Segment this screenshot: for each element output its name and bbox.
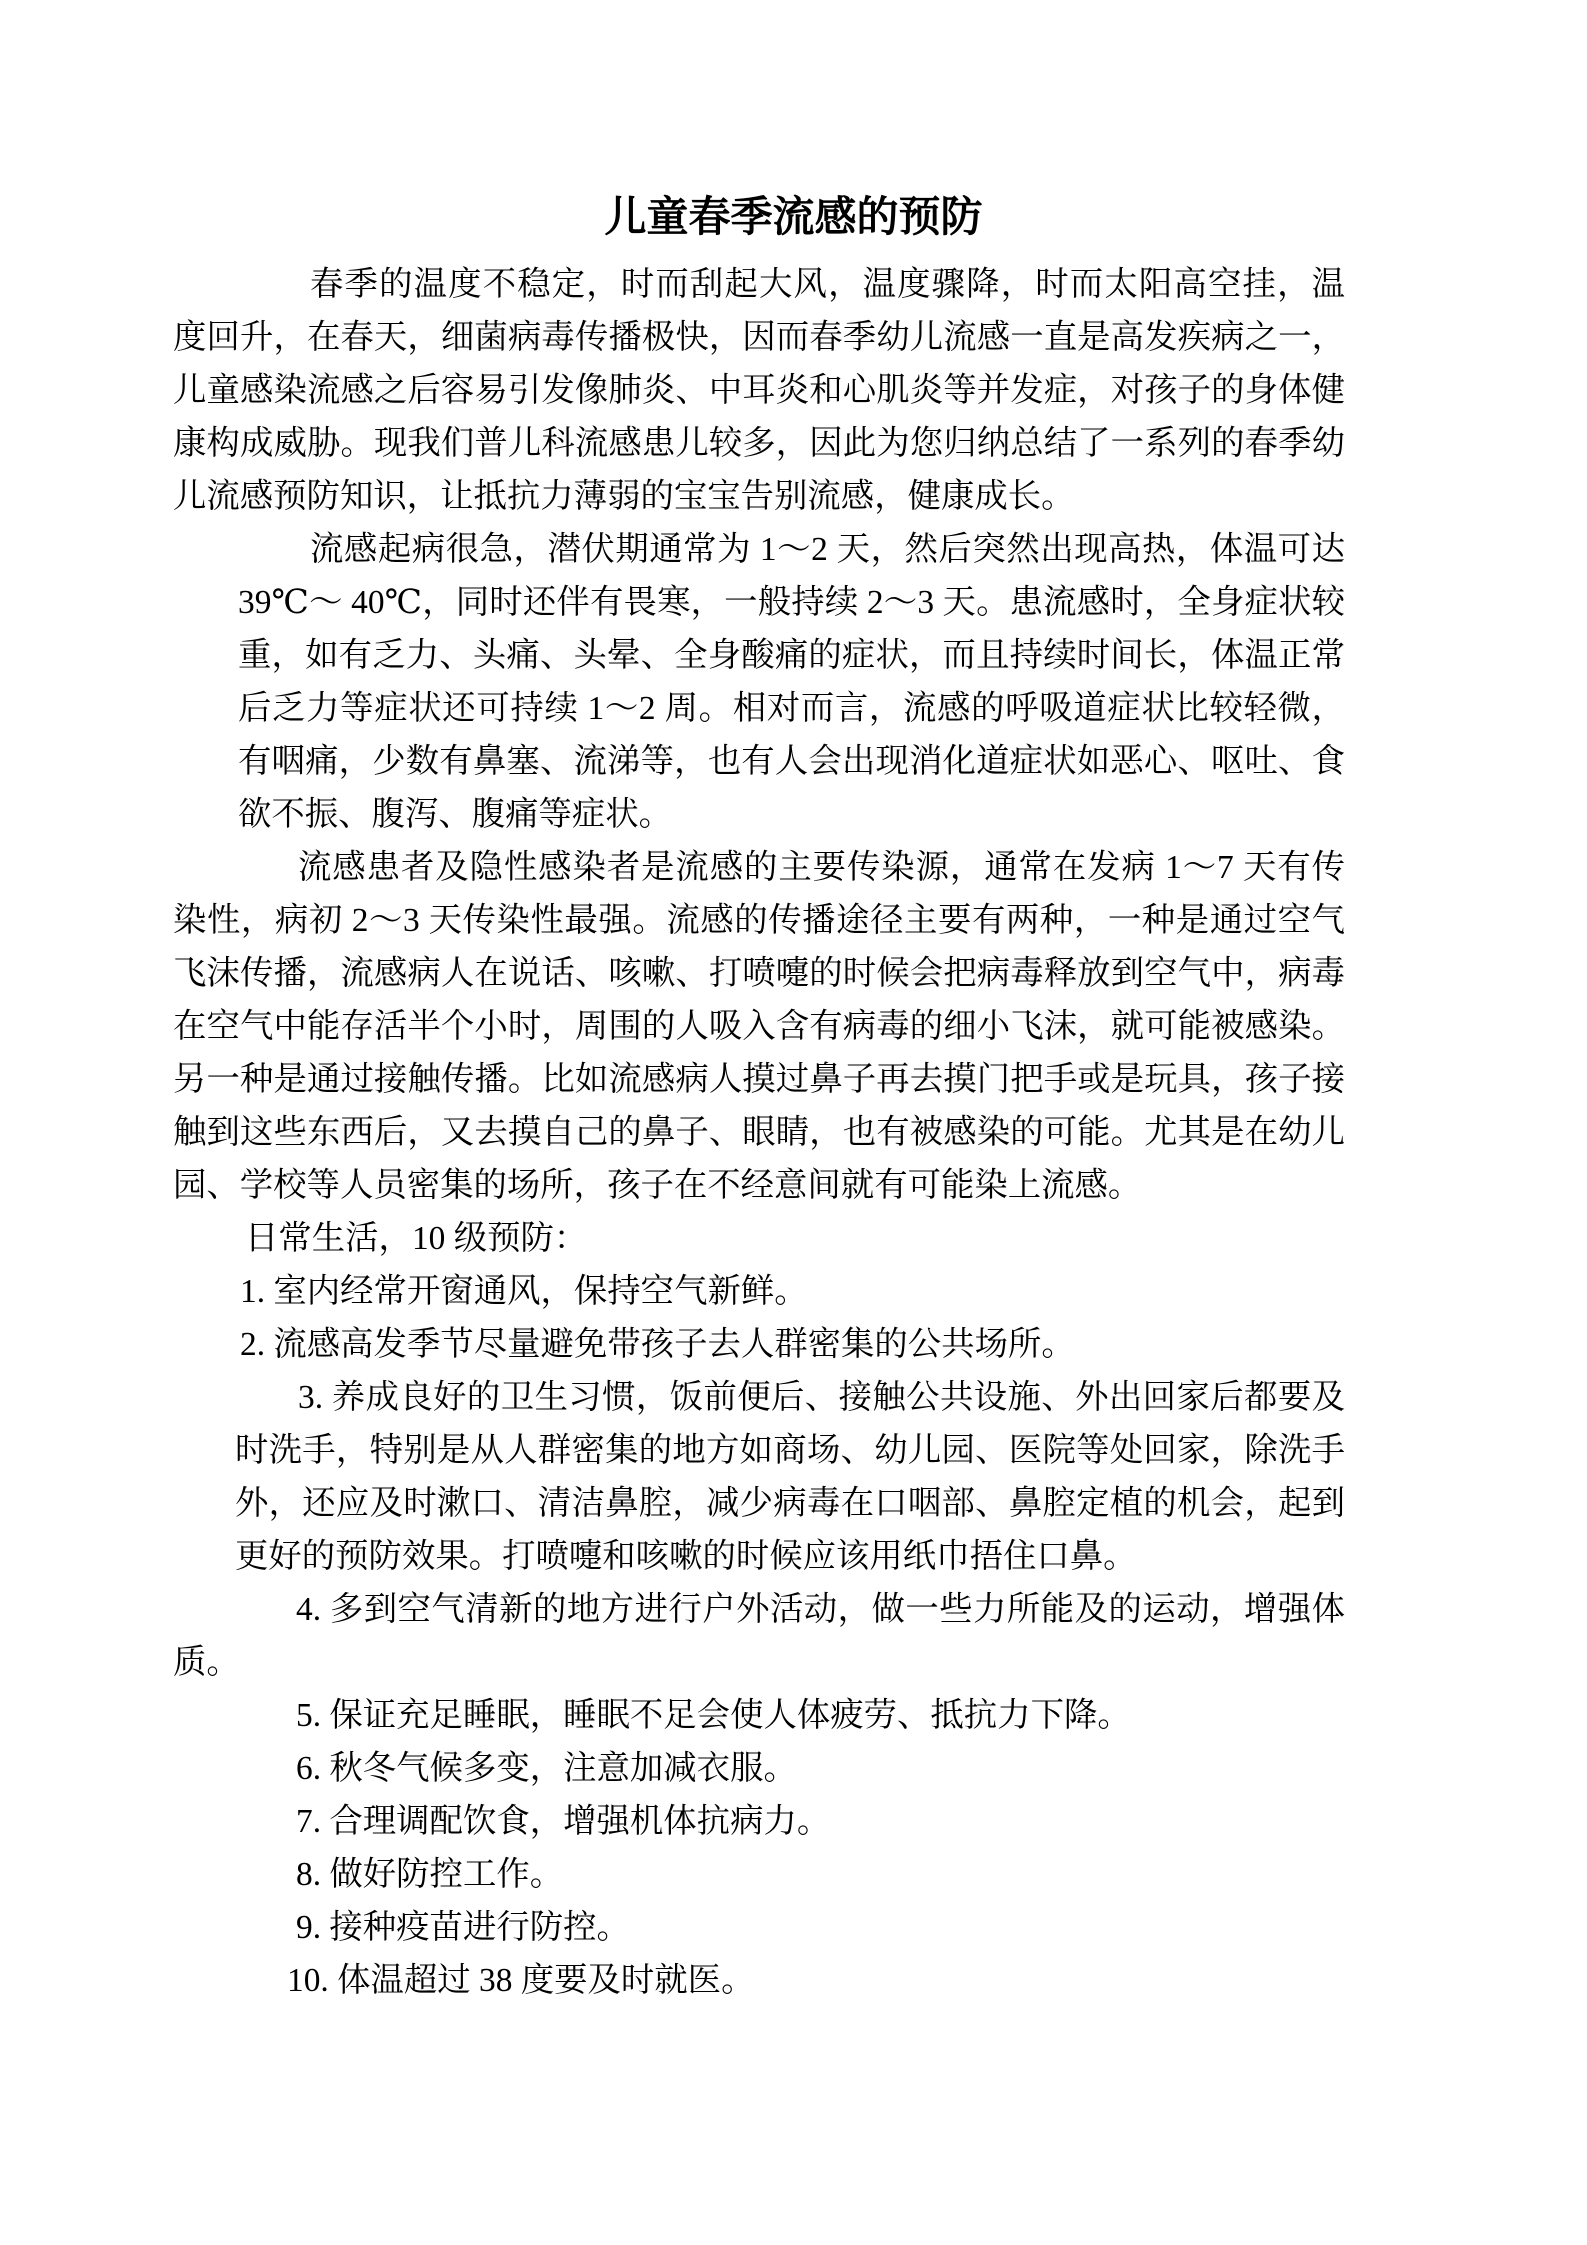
paragraph-list-heading: 日常生活，10 级预防： [173,1212,1345,1265]
list-item-1: 1. 室内经常开窗通风，保持空气新鲜。 [173,1265,1345,1318]
paragraph-transmission: 流感患者及隐性感染者是流感的主要传染源，通常在发病 1～7 天有传染性，病初 2… [173,841,1345,1212]
paragraph-intro: 春季的温度不稳定，时而刮起大风，温度骤降，时而太阳高空挂，温度回升，在春天，细菌… [173,258,1345,523]
document-page: 儿童春季流感的预防 春季的温度不稳定，时而刮起大风，温度骤降，时而太阳高空挂，温… [0,0,1587,2245]
list-item-7: 7. 合理调配饮食，增强机体抗病力。 [173,1795,1345,1848]
list-item-3: 3. 养成良好的卫生习惯，饭前便后、接触公共设施、外出回家后都要及时洗手，特别是… [235,1371,1345,1583]
paragraph-symptoms: 流感起病很急，潜伏期通常为 1～2 天，然后突然出现高热，体温可达 39℃～ 4… [238,523,1345,841]
list-item-6: 6. 秋冬气候多变，注意加减衣服。 [173,1742,1345,1795]
list-item-10: 10. 体温超过 38 度要及时就医。 [173,1954,1345,2007]
list-item-8: 8. 做好防控工作。 [173,1848,1345,1901]
list-item-4: 4. 多到空气清新的地方进行户外活动，做一些力所能及的运动，增强体质。 [173,1583,1345,1689]
list-item-5: 5. 保证充足睡眠，睡眠不足会使人体疲劳、抵抗力下降。 [173,1689,1345,1742]
list-item-2: 2. 流感高发季节尽量避免带孩子去人群密集的公共场所。 [173,1318,1345,1371]
document-title: 儿童春季流感的预防 [0,0,1587,246]
document-body: 春季的温度不稳定，时而刮起大风，温度骤降，时而太阳高空挂，温度回升，在春天，细菌… [173,258,1345,2007]
list-item-9: 9. 接种疫苗进行防控。 [173,1901,1345,1954]
